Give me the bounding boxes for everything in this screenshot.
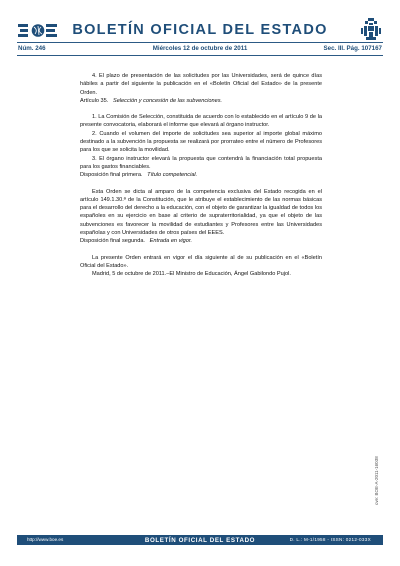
- article-35-heading: Artículo 35. Selección y concesión de la…: [80, 97, 322, 105]
- masthead-title: BOLETÍN OFICIAL DEL ESTADO: [0, 22, 400, 38]
- final-provision-2-text: La presente Orden entrará en vigor el dí…: [80, 254, 322, 271]
- footer-issn: D. L.: M-1/1958 - ISSN: 0212-033X: [290, 537, 371, 542]
- footer-bar: http://www.boe.es BOLETÍN OFICIAL DEL ES…: [17, 535, 383, 545]
- signature-line: Madrid, 5 de octubre de 2011.–El Ministr…: [80, 270, 322, 278]
- final-provision-2-label: Disposición final segunda.: [80, 238, 145, 244]
- article-35-item-1: 1. La Comisión de Selección, constituida…: [80, 113, 322, 130]
- article-35-title: Selección y concesión de las subvencione…: [113, 98, 222, 104]
- final-provision-2-heading: Disposición final segunda. Entrada en vi…: [80, 237, 322, 245]
- header-rule-bottom: [17, 55, 383, 56]
- coat-of-arms-icon: [361, 18, 381, 42]
- final-provision-1-text: Esta Orden se dicta al amparo de la comp…: [80, 188, 322, 238]
- final-provision-1-heading: Disposición final primera. Título compet…: [80, 171, 322, 179]
- final-provision-1-title: Título competencial.: [147, 172, 197, 178]
- paragraph-4: 4. El plazo de presentación de las solic…: [80, 72, 322, 97]
- article-35-label: Artículo 35.: [80, 98, 108, 104]
- cve-identifier: cve: BOE-A-2011-16038: [374, 456, 379, 505]
- header-rule-top: [17, 42, 383, 43]
- final-provision-2-title: Entrada en vigor.: [150, 238, 192, 244]
- article-35-item-3: 3. El órgano instructor elevará la propu…: [80, 155, 322, 172]
- article-35-item-2: 2. Cuando el volumen del importe de soli…: [80, 130, 322, 155]
- final-provision-1-label: Disposición final primera.: [80, 172, 143, 178]
- document-body: 4. El plazo de presentación de las solic…: [80, 72, 322, 279]
- section-page: Sec. III. Pág. 107167: [324, 45, 382, 52]
